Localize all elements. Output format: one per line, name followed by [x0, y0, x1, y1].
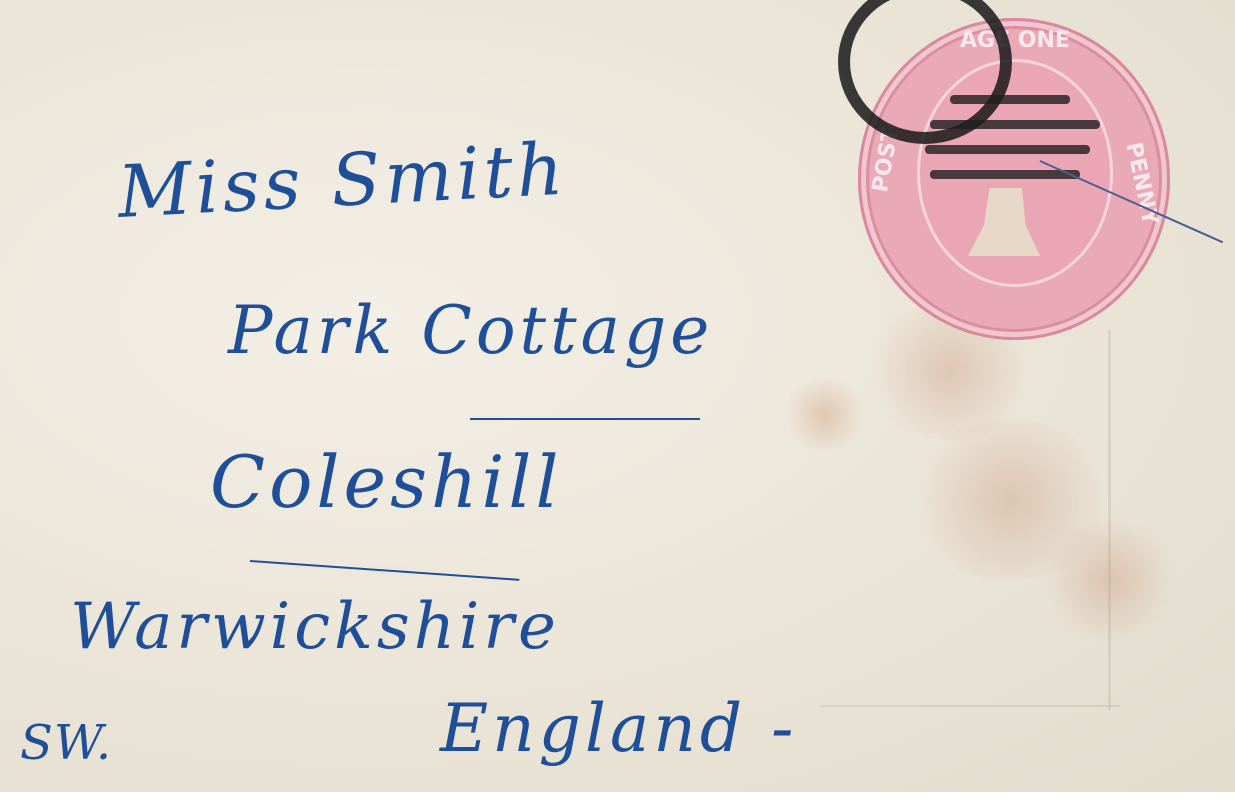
scan-border [0, 792, 1235, 800]
address-line-county: Warwickshire [70, 590, 560, 664]
flourish-underline [470, 418, 700, 420]
flourish-underline [250, 560, 519, 581]
postmark-bar [930, 120, 1100, 129]
paper-crease [1108, 330, 1111, 710]
address-line-house: Park Cottage [228, 292, 713, 369]
postmark-bar [950, 95, 1070, 104]
corner-mark: SW. [20, 715, 112, 771]
paper-crease [820, 705, 1120, 707]
postmark-bar [925, 145, 1090, 154]
foxing-stain [780, 380, 870, 450]
address-line-name: Miss Smith [116, 127, 569, 234]
envelope: POST AGE ONE PENNY Miss Smith Park Cotta… [0, 0, 1235, 792]
postmark-bar [930, 170, 1080, 179]
address-line-town: Coleshill [210, 440, 562, 524]
address-line-country: England - [440, 690, 797, 767]
